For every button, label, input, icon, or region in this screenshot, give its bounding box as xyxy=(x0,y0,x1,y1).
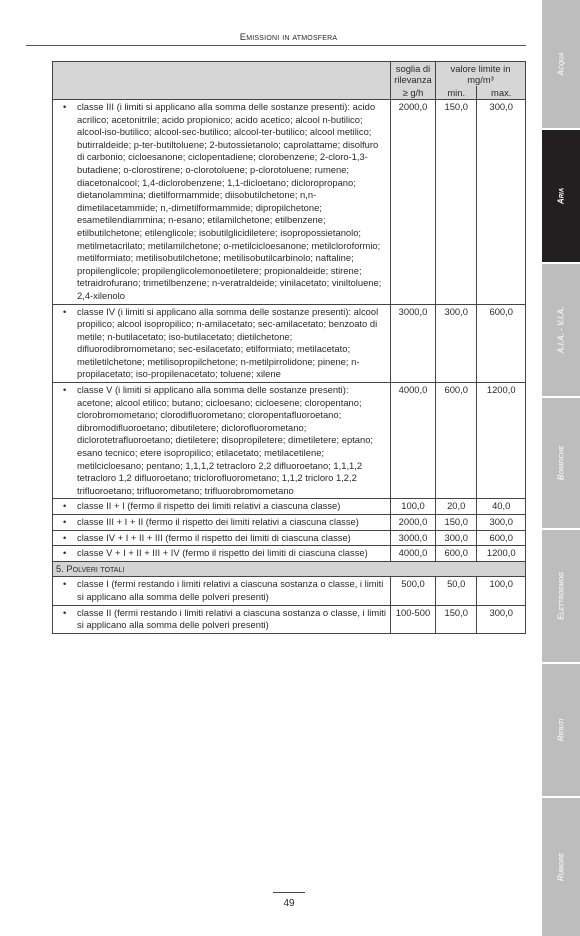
min-value: 300,0 xyxy=(436,530,477,546)
sidebar-tab-bonifiche[interactable]: Bonifiche xyxy=(542,398,580,528)
max-value: 1200,0 xyxy=(477,383,526,499)
table-row: •classe III (i limiti si applicano alla … xyxy=(53,100,526,305)
tab-label: Elettrosmog xyxy=(557,572,566,620)
header-rule xyxy=(26,45,526,46)
sidebar-tab-elettrosmog[interactable]: Elettrosmog xyxy=(542,530,580,662)
table-row: •classe II (fermi restando i limiti rela… xyxy=(53,605,526,633)
class-description: classe III (i limiti si applicano alla s… xyxy=(77,101,381,301)
table-row: •classe III + I + II (fermo il rispetto … xyxy=(53,515,526,531)
table-row: •classe IV (i limiti si applicano alla s… xyxy=(53,304,526,383)
substance-class-cell: •classe II (fermi restando i limiti rela… xyxy=(53,605,391,633)
class-description: classe IV + I + II + III (fermo il rispe… xyxy=(77,532,351,543)
max-value: 1200,0 xyxy=(477,546,526,562)
class-description: classe II (fermi restando i limiti relat… xyxy=(77,607,386,631)
soglia-value: 500,0 xyxy=(391,577,436,605)
bullet-icon: • xyxy=(63,532,66,545)
sidebar-tab-rifiuti[interactable]: Rifiuti xyxy=(542,664,580,796)
header-min: min. xyxy=(436,86,477,100)
bullet-icon: • xyxy=(63,500,66,513)
header-max: max. xyxy=(477,86,526,100)
header-valore: valore limite in mg/m³ xyxy=(436,62,526,87)
bullet-icon: • xyxy=(63,306,66,319)
bullet-icon: • xyxy=(63,578,66,591)
class-description: classe V (i limiti si applicano alla som… xyxy=(77,384,373,496)
substance-class-cell: •classe II + I (fermo il rispetto dei li… xyxy=(53,499,391,515)
min-value: 150,0 xyxy=(436,515,477,531)
substance-class-cell: •classe IV + I + II + III (fermo il risp… xyxy=(53,530,391,546)
substance-class-cell: •classe I (fermi restando i limiti relat… xyxy=(53,577,391,605)
bullet-icon: • xyxy=(63,101,66,114)
soglia-value: 100-500 xyxy=(391,605,436,633)
tab-label: Acqua xyxy=(557,52,566,75)
header-blank-cell xyxy=(53,62,391,100)
min-value: 300,0 xyxy=(436,304,477,383)
sidebar-tab-acqua[interactable]: Acqua xyxy=(542,0,580,128)
table-row: •classe V (i limiti si applicano alla so… xyxy=(53,383,526,499)
substance-class-cell: •classe V + I + II + III + IV (fermo il … xyxy=(53,546,391,562)
bullet-icon: • xyxy=(63,516,66,529)
tab-label: Rumore xyxy=(557,853,566,881)
sidebar-tab-aria[interactable]: Aria xyxy=(542,130,580,262)
substance-class-cell: •classe IV (i limiti si applicano alla s… xyxy=(53,304,391,383)
min-value: 600,0 xyxy=(436,383,477,499)
section-row: 5. Polveri totali xyxy=(53,561,526,577)
max-value: 600,0 xyxy=(477,530,526,546)
soglia-value: 4000,0 xyxy=(391,383,436,499)
sidebar-tab-a-i-a-v-i-a[interactable]: A.I.A. - V.I.A. xyxy=(542,264,580,396)
soglia-value: 2000,0 xyxy=(391,100,436,305)
class-description: classe II + I (fermo il rispetto dei lim… xyxy=(77,500,340,511)
max-value: 300,0 xyxy=(477,515,526,531)
substance-class-cell: •classe V (i limiti si applicano alla so… xyxy=(53,383,391,499)
soglia-value: 3000,0 xyxy=(391,304,436,383)
bullet-icon: • xyxy=(63,547,66,560)
max-value: 40,0 xyxy=(477,499,526,515)
substance-class-cell: •classe III + I + II (fermo il rispetto … xyxy=(53,515,391,531)
table-row: •classe IV + I + II + III (fermo il risp… xyxy=(53,530,526,546)
running-header: Emissioni in atmosfera xyxy=(52,32,525,43)
tab-label: A.I.A. - V.I.A. xyxy=(557,307,566,354)
bullet-icon: • xyxy=(63,607,66,620)
table-header-row: soglia di rilevanza valore limite in mg/… xyxy=(53,62,526,87)
footer-rule xyxy=(273,892,305,893)
class-description: classe I (fermi restando i limiti relati… xyxy=(77,578,383,602)
header-soglia-unit: ≥ g/h xyxy=(391,86,436,100)
section-title: 5. Polveri totali xyxy=(53,561,526,577)
table-row: •classe II + I (fermo il rispetto dei li… xyxy=(53,499,526,515)
substance-class-cell: •classe III (i limiti si applicano alla … xyxy=(53,100,391,305)
max-value: 600,0 xyxy=(477,304,526,383)
soglia-value: 100,0 xyxy=(391,499,436,515)
table-row: •classe I (fermi restando i limiti relat… xyxy=(53,577,526,605)
min-value: 150,0 xyxy=(436,100,477,305)
class-description: classe III + I + II (fermo il rispetto d… xyxy=(77,516,359,527)
tab-label: Rifiuti xyxy=(557,719,566,741)
tab-label: Bonifiche xyxy=(557,446,566,480)
page-number: 49 xyxy=(273,898,305,909)
class-description: classe IV (i limiti si applicano alla so… xyxy=(77,306,378,380)
max-value: 100,0 xyxy=(477,577,526,605)
soglia-value: 3000,0 xyxy=(391,530,436,546)
header-soglia: soglia di rilevanza xyxy=(391,62,436,87)
max-value: 300,0 xyxy=(477,100,526,305)
soglia-value: 4000,0 xyxy=(391,546,436,562)
min-value: 50,0 xyxy=(436,577,477,605)
min-value: 150,0 xyxy=(436,605,477,633)
soglia-value: 2000,0 xyxy=(391,515,436,531)
min-value: 20,0 xyxy=(436,499,477,515)
section-sidebar: AcquaAriaA.I.A. - V.I.A.BonificheElettro… xyxy=(542,0,580,936)
emission-limits-table: soglia di rilevanza valore limite in mg/… xyxy=(52,61,526,634)
class-description: classe V + I + II + III + IV (fermo il r… xyxy=(77,547,368,558)
min-value: 600,0 xyxy=(436,546,477,562)
max-value: 300,0 xyxy=(477,605,526,633)
bullet-icon: • xyxy=(63,384,66,397)
table-row: •classe V + I + II + III + IV (fermo il … xyxy=(53,546,526,562)
sidebar-tab-rumore[interactable]: Rumore xyxy=(542,798,580,936)
tab-label: Aria xyxy=(557,188,566,204)
